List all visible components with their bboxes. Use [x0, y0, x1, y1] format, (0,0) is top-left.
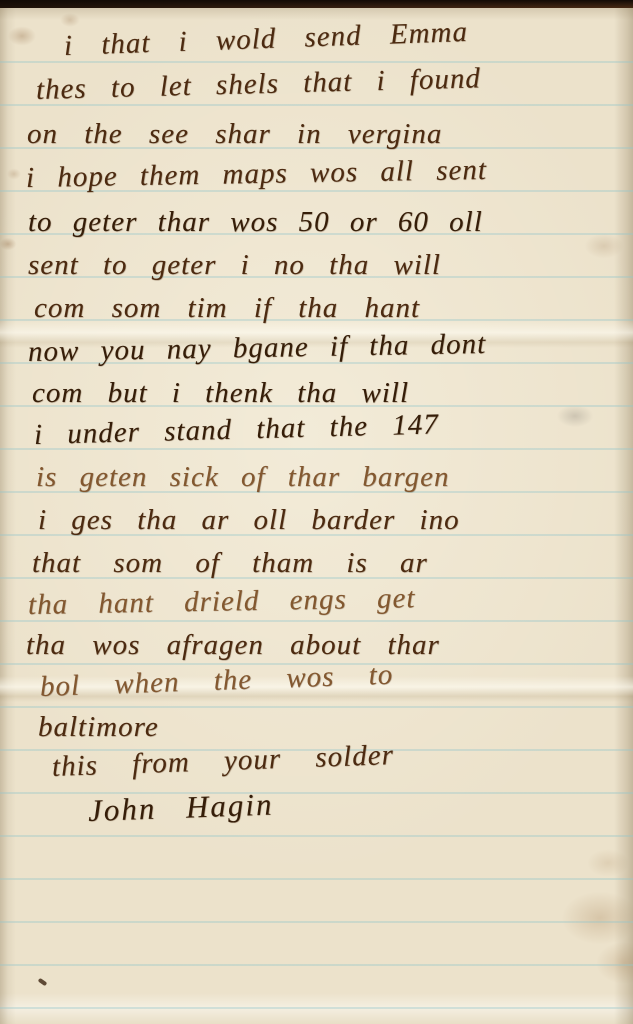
letter-line: on the see shar in vergina — [27, 118, 442, 151]
letter-line: to geter thar wos 50 or 60 oll — [28, 206, 483, 239]
letter-line: i ges tha ar oll barder ino — [38, 504, 460, 537]
letter-line: tha hant drield engs get — [28, 582, 416, 622]
letter-line: com but i thenk tha will — [32, 377, 409, 410]
letter-line: that som of tham is ar — [32, 547, 428, 580]
letter-line: com som tim if tha hant — [34, 292, 420, 325]
letter-line: sent to geter i no tha will — [28, 249, 441, 282]
letter-scan: i that i wold send Emma thes to let shel… — [0, 0, 633, 1024]
signature: John Hagin — [87, 787, 274, 829]
letter-line: tha wos afragen about thar — [26, 629, 440, 662]
letter-paper: i that i wold send Emma thes to let shel… — [0, 8, 633, 1024]
letter-line: is geten sick of thar bargen — [36, 461, 449, 494]
letter-line: baltimore — [38, 711, 159, 744]
